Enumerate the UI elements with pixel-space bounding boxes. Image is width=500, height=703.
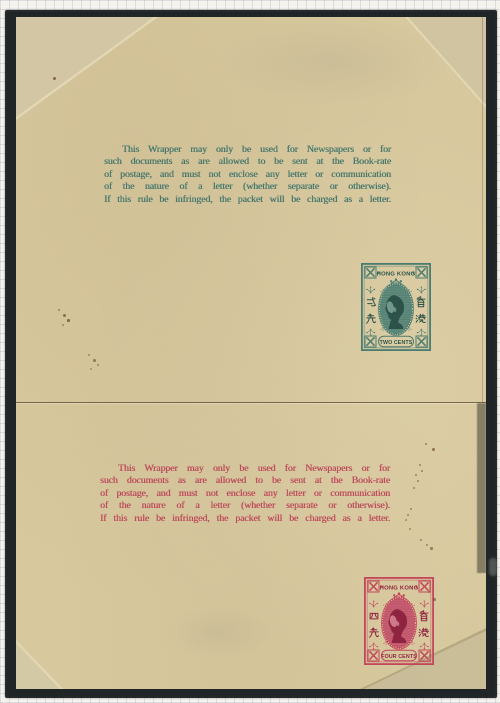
wrapper-edge-seam [16,402,486,403]
foxing-speck [88,354,90,356]
album-scan: This Wrapper may only be used for Newspa… [0,0,500,703]
album-page: This Wrapper may only be used for Newspa… [16,17,486,689]
foxing-speck [415,474,417,476]
wrapper-edge-shadow [477,403,486,573]
wrapper-notice-two-cents: This Wrapper may only be used for Newspa… [104,144,391,206]
corner-ornament-icon [368,650,379,661]
foxing-speck [407,514,409,516]
stamp-imprint: HONG KONGFOUR CENTS [364,577,434,665]
stamp-two-cents: HONG KONGTWO CENTS [361,263,431,351]
notice-line: of postage, and must not enclose any let… [100,488,390,500]
floral-spray-icon [369,601,378,608]
notice-line: such documents as are allowed to be sent… [100,475,390,487]
denomination-label: FOUR CENTS [381,654,417,660]
floral-spray-icon [420,643,429,650]
chinese-character [367,314,376,323]
foxing-speck [97,364,99,366]
foxing-speck [432,448,435,451]
black-frame-border: This Wrapper may only be used for Newspa… [5,10,497,698]
foxing-speck [53,77,56,80]
toning-smudge [164,605,274,660]
notice-line: If this rule be infringed, the packet wi… [104,194,391,206]
denomination-label: TWO CENTS [380,340,413,346]
corner-ornament-icon [416,267,427,278]
corner-ornament-icon [419,650,430,661]
foxing-speck [58,309,60,311]
foxing-speck [413,487,415,489]
chinese-character [417,297,425,307]
floral-spray-icon [366,329,375,336]
chinese-character [416,314,426,322]
floral-spray-icon [417,329,426,336]
floral-spray-icon [369,643,378,650]
notice-line: This Wrapper may only be used for Newspa… [104,144,391,156]
foxing-speck [67,319,70,322]
foxing-speck [420,539,422,541]
foxing-speck [93,359,96,362]
foxing-speck [417,480,419,482]
foxing-speck [433,598,436,601]
corner-ornament-icon [368,581,379,592]
country-label: HONG KONG [377,272,416,278]
stamp-four-cents: HONG KONGFOUR CENTS [364,577,434,665]
floral-spray-icon [417,287,426,294]
foxing-speck [430,547,433,550]
notice-line: If this rule be infringed, the packet wi… [100,513,390,525]
stamp-imprint: HONG KONGTWO CENTS [361,263,431,351]
notice-line: such documents as are allowed to be sent… [104,156,391,168]
notice-line: This Wrapper may only be used for Newspa… [100,463,390,475]
foxing-speck [410,508,412,510]
notice-line: of the nature of a letter (whether separ… [104,181,391,193]
toning-smudge [216,17,456,107]
floral-spray-icon [420,601,429,608]
chinese-character [420,611,428,621]
foxing-speck [62,324,64,326]
wrapper-right-crease [482,17,483,402]
chinese-character [370,613,378,619]
foxing-speck [409,528,411,530]
foxing-speck [421,470,423,472]
floral-spray-icon [366,287,375,294]
notice-line: of the nature of a letter (whether separ… [100,500,390,512]
foxing-speck [90,368,92,370]
chinese-character [367,298,375,306]
notice-line: of postage, and must not enclose any let… [104,169,391,181]
foxing-speck [405,519,407,521]
corner-ornament-icon [365,267,376,278]
corner-ornament-icon [365,336,376,347]
wrapper-notice-four-cents: This Wrapper may only be used for Newspa… [100,463,390,525]
frame-scuff-mark [489,558,497,576]
chinese-character [419,628,429,636]
foxing-speck [63,314,66,317]
corner-ornament-icon [416,336,427,347]
foxing-speck [428,591,430,593]
foxing-speck [419,464,421,466]
foxing-speck [425,443,427,445]
country-label: HONG KONG [380,586,419,592]
chinese-character [370,628,379,637]
foxing-speck [426,544,428,546]
